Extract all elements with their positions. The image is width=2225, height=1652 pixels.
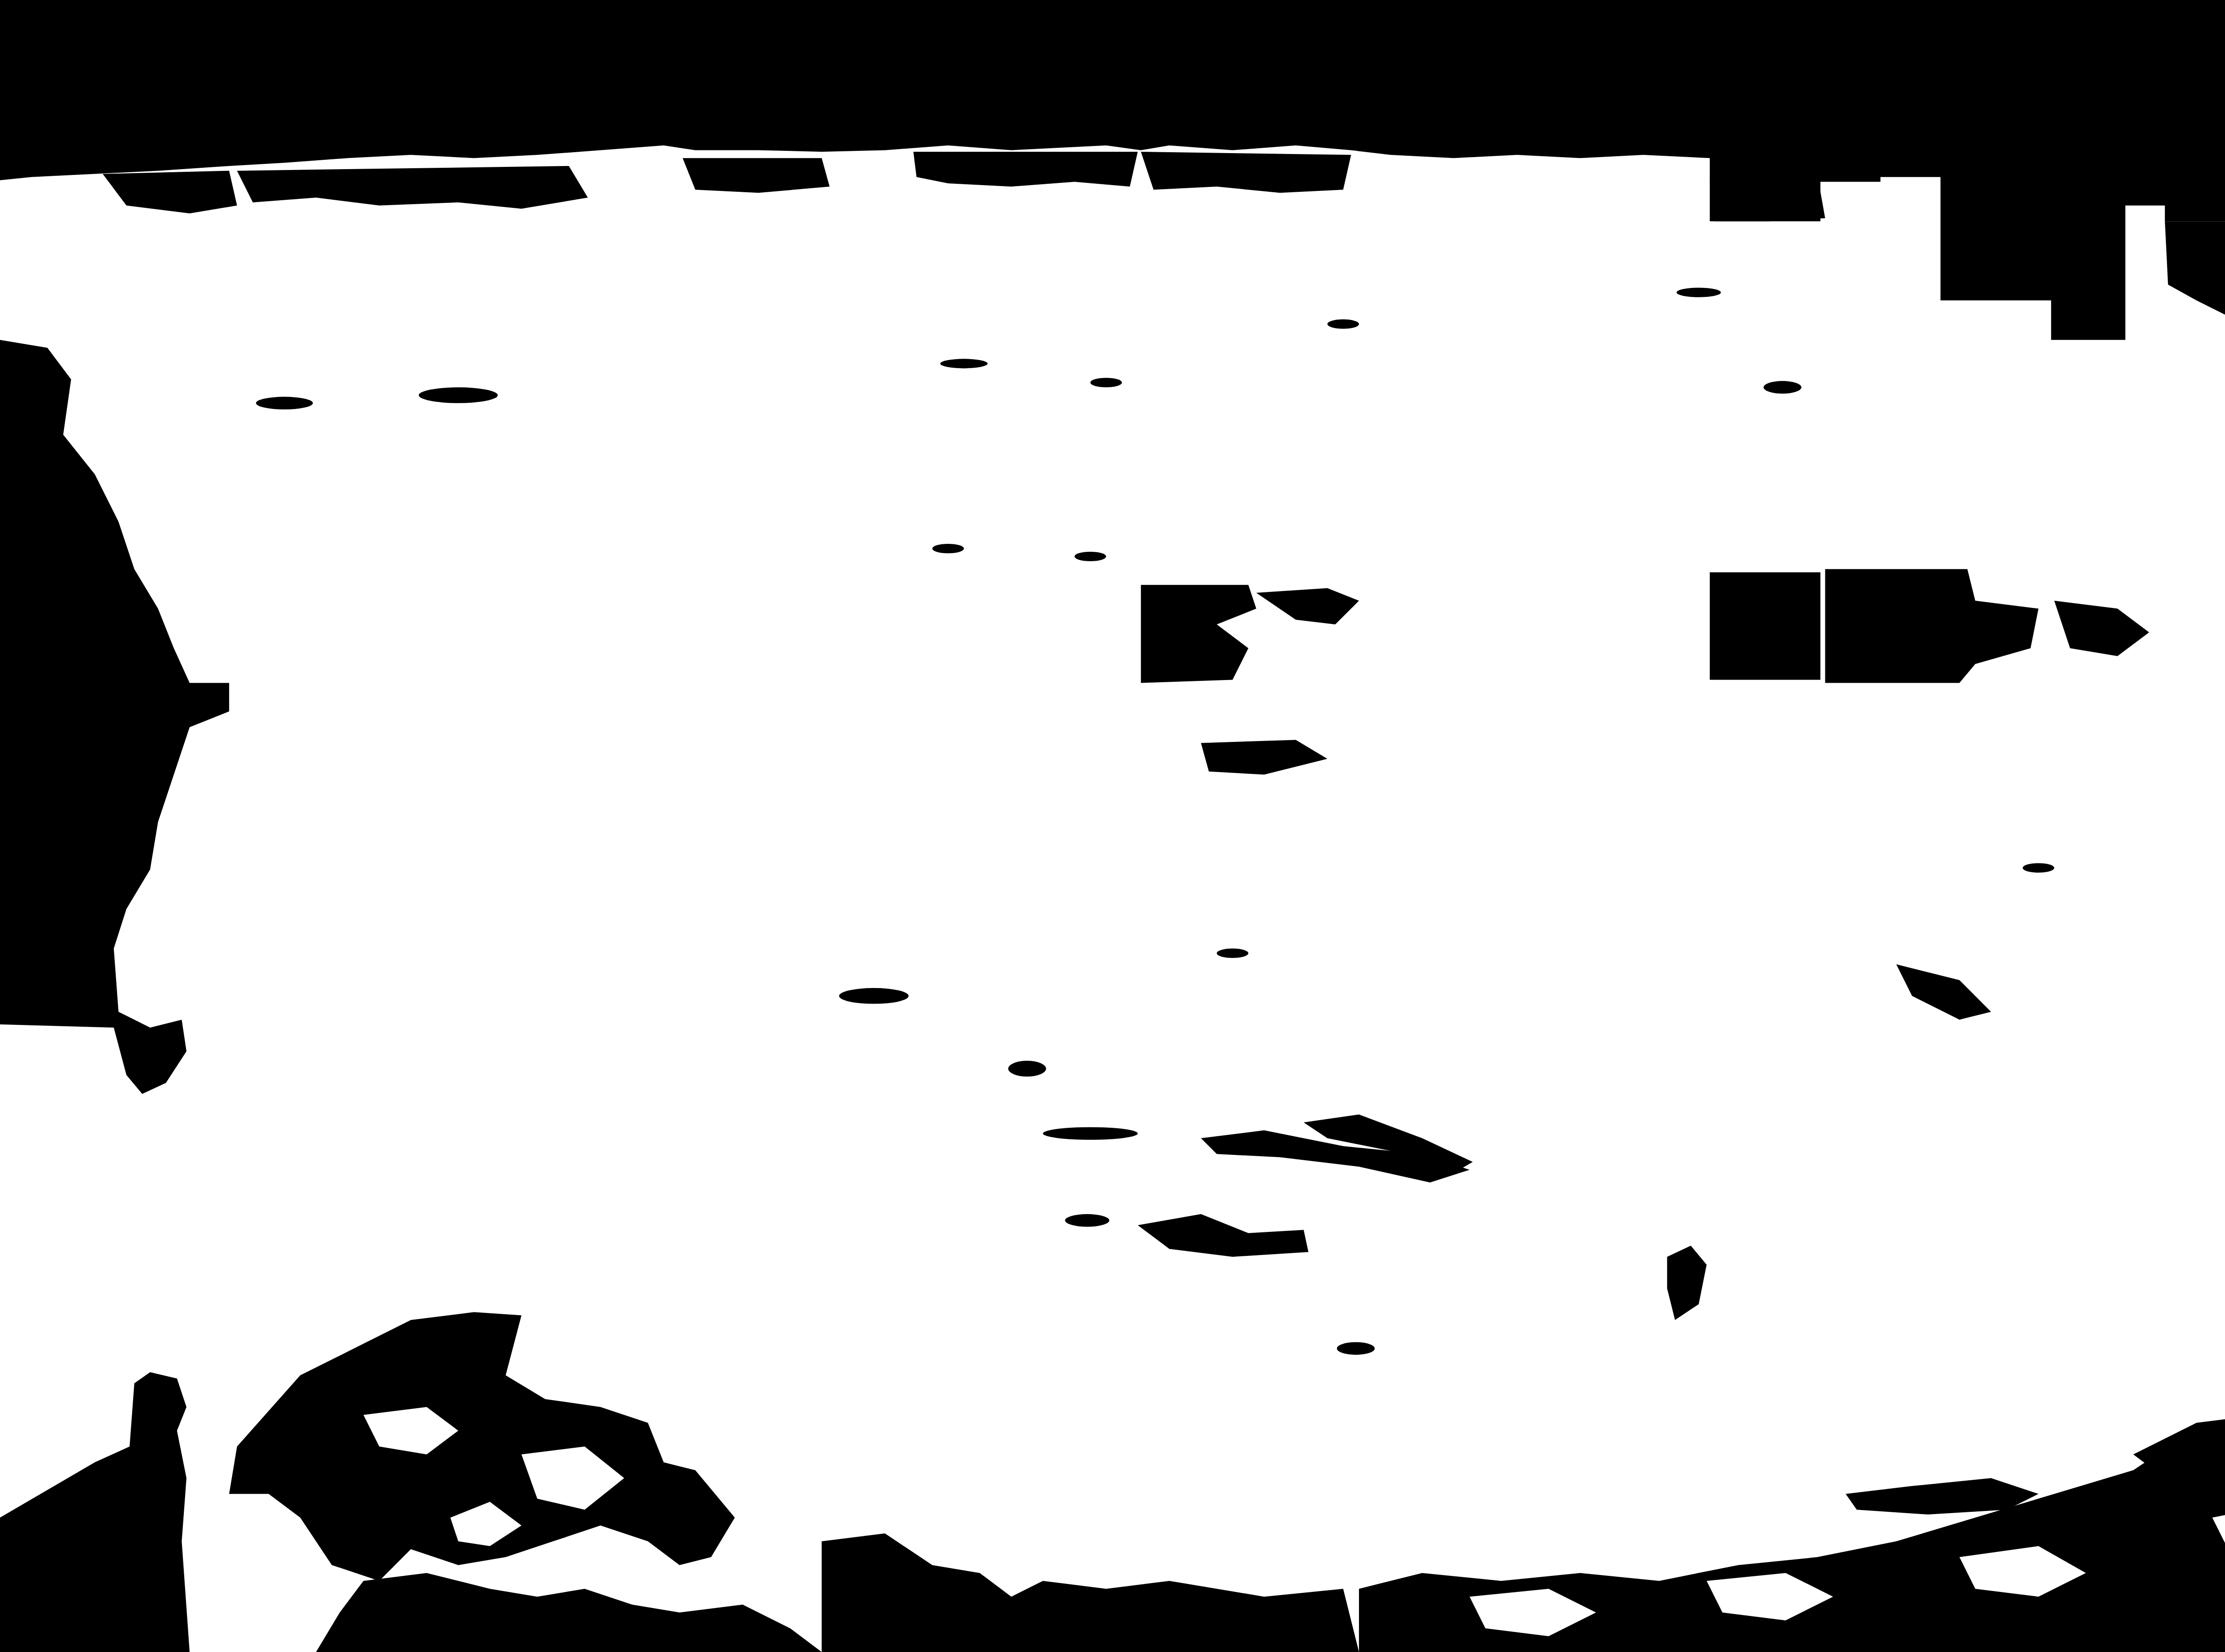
- binarized-photo: [0, 0, 2225, 1652]
